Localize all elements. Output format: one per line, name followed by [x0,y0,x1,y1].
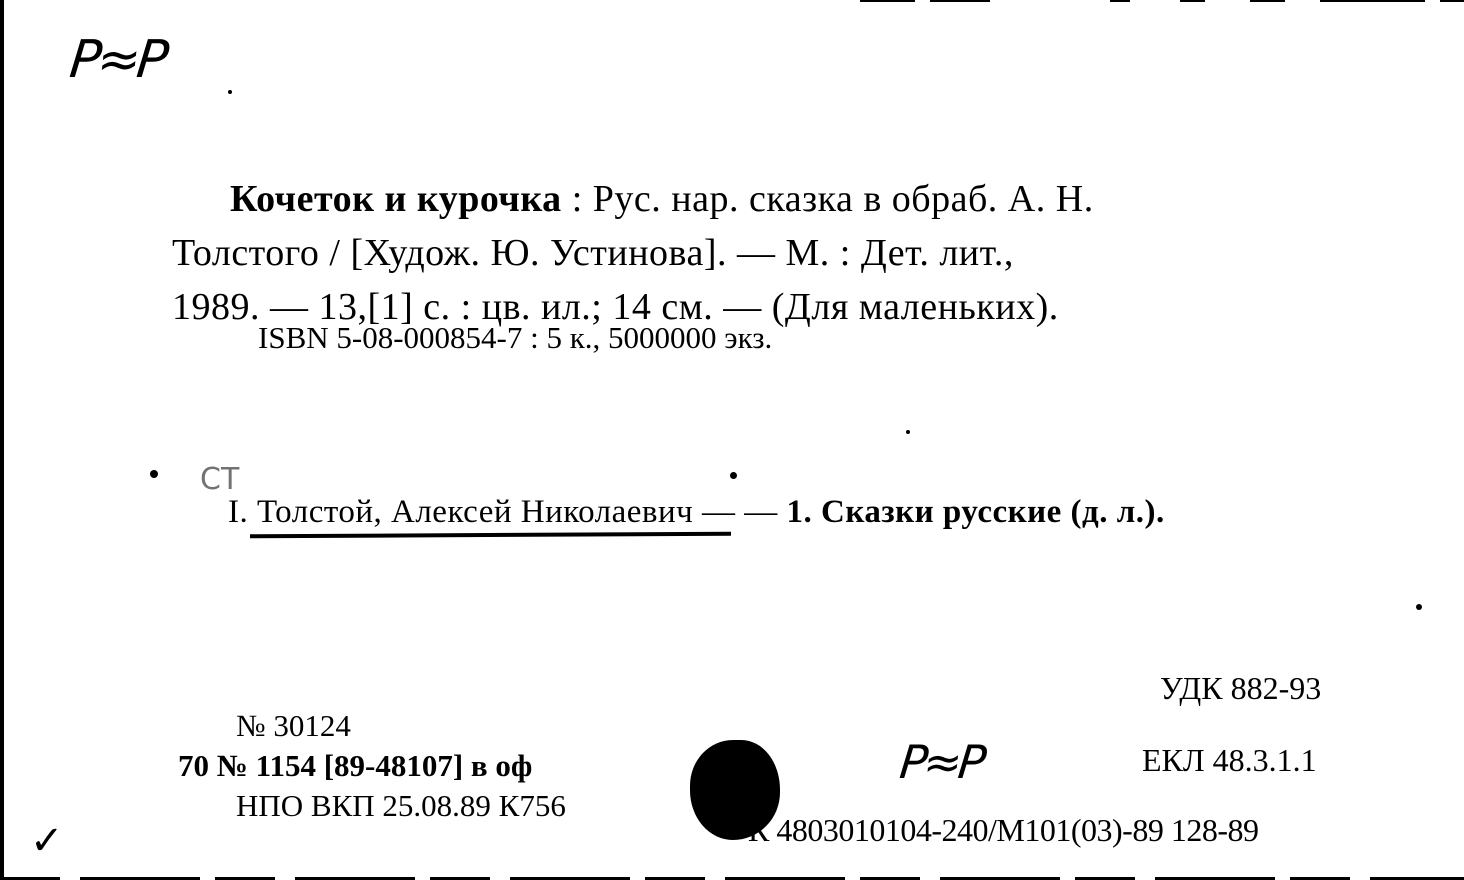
isbn-price-print-run: ISBN 5-08-000854-7 : 5 к., 5000000 экз. [258,320,772,356]
speck [150,470,158,478]
speck [730,472,737,479]
publisher-code: К 4803010104-240/М101(03)-89 128-89 [748,812,1258,849]
card-top-edge [860,0,1464,2]
speck [1416,604,1422,610]
handwritten-mark-top: Р≈Р [67,30,168,90]
faint-stamp: СТ [200,462,239,497]
title-continuation: : Рус. нар. сказка в обраб. А. Н. [562,178,1094,220]
book-title: Кочеток и курочка [230,178,562,220]
card-left-edge [0,0,4,880]
description-line-2: Толстого / [Худож. Ю. Устинова]. — М. : … [172,226,1352,280]
udk-classification: УДК 882-93 [1160,670,1321,707]
ekl-classification: ЕКЛ 48.3.1.1 [1142,742,1317,779]
tracings: I. Толстой, Алексей Николаевич — — 1. Ск… [228,494,1165,531]
handwritten-mark-bottom: Р≈Р [897,735,985,789]
tracing-separator: — — [693,494,786,530]
description-line-1: Кочеток и курочка : Рус. нар. сказка в о… [172,172,1352,226]
check-mark-icon: ✓ [30,818,64,864]
order-number: 70 № 1154 [89-48107] в оф [178,746,566,786]
print-info: № 30124 70 № 1154 [89-48107] в оф НПО ВК… [178,706,566,826]
subject-tracing: 1. Сказки русские (д. л.). [787,494,1165,530]
card-number: № 30124 [178,706,566,746]
speck [906,430,910,434]
bibliographic-description: Кочеток и курочка : Рус. нар. сказка в о… [172,172,1352,334]
speck [228,90,232,94]
catalog-card: Р≈Р Кочеток и курочка : Рус. нар. сказка… [0,0,1464,880]
author-tracing: I. Толстой, Алексей Николаевич [228,494,693,531]
printer-info: НПО ВКП 25.08.89 К756 [178,786,566,826]
